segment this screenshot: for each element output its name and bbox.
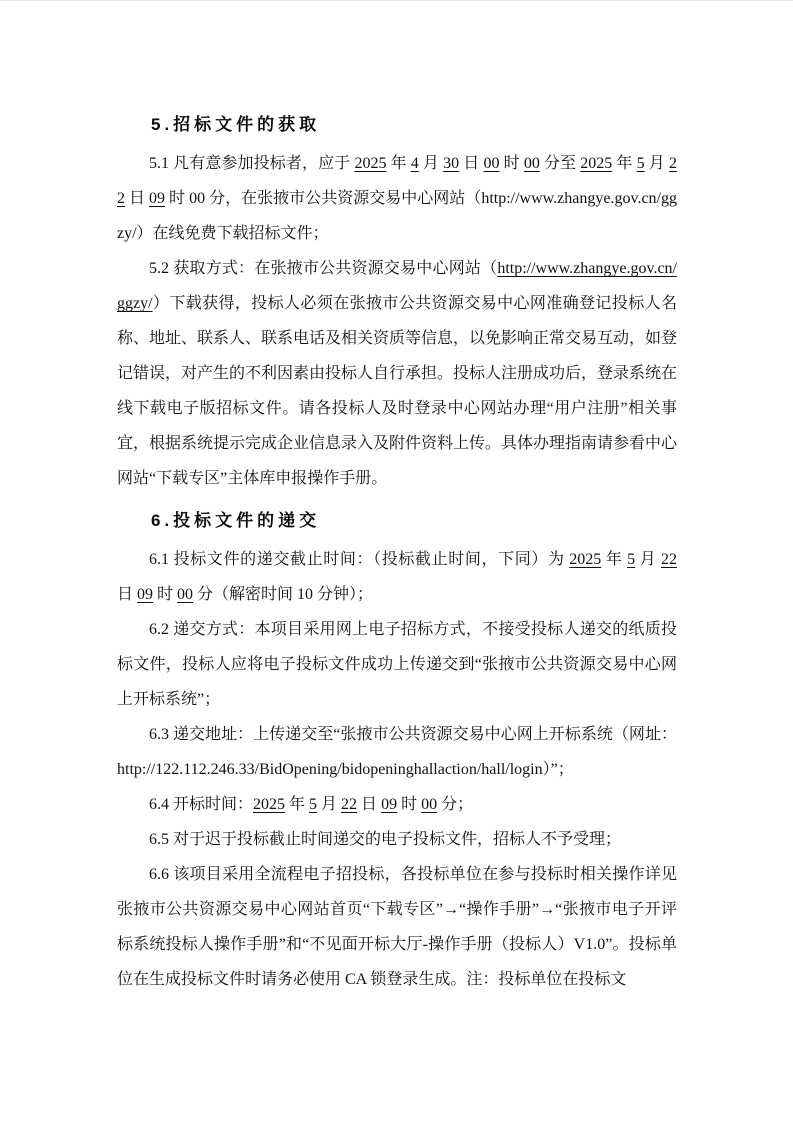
para-5-1: 5.1 凡有意参加投标者，应于 2025 年 4 月 30 日 00 时 00 … bbox=[117, 146, 677, 251]
section-5-heading: 5.招标文件的获取 bbox=[117, 107, 677, 142]
text-run: 09 bbox=[149, 190, 165, 207]
para-6-6: 6.6 该项目采用全流程电子招投标，各投标单位在参与投标时相关操作详见张掖市公共… bbox=[117, 857, 677, 997]
text-run: 22 bbox=[661, 551, 677, 568]
heading-text: 6.投标文件的递交 bbox=[151, 511, 320, 530]
text-run: 分； bbox=[437, 796, 473, 813]
text-run: 6.3 递交地址：上传递交至“张掖市公共资源交易中心网上开标系统（网址： bbox=[149, 726, 677, 743]
text-run: 月 bbox=[635, 551, 661, 568]
text-run: 00 bbox=[524, 155, 540, 172]
text-run: ）”； bbox=[543, 761, 574, 778]
bid-opening-url-text: http://122.112.246.33/BidOpening/bidopen… bbox=[117, 761, 543, 778]
para-6-2: 6.2 递交方式：本项目采用网上电子招标方式，不接受投标人递交的纸质投标文件，投… bbox=[117, 612, 677, 717]
text-run: 日 bbox=[117, 586, 137, 603]
text-run: 6.1 投标文件的递交截止时间：（投标截止时间，下同）为 bbox=[149, 551, 569, 568]
text-run: 00 bbox=[177, 586, 193, 603]
text-run: 时 00 分，在张掖市公共资源交易中心网站（http://www.zhangye… bbox=[117, 190, 677, 242]
text-run: 5.2 获取方式：在张掖市公共资源交易中心网站（ bbox=[149, 260, 497, 277]
text-run: 月 bbox=[317, 796, 341, 813]
text-run: 分至 bbox=[540, 155, 580, 172]
text-run: 6.4 开标时间： bbox=[149, 796, 253, 813]
text-run: 00 bbox=[421, 796, 437, 813]
text-run: 30 bbox=[443, 155, 459, 172]
text-run: 5 bbox=[637, 155, 645, 172]
text-run: 年 bbox=[601, 551, 627, 568]
para-6-3: 6.3 递交地址：上传递交至“张掖市公共资源交易中心网上开标系统（网址：http… bbox=[117, 717, 677, 787]
text-run: 5 bbox=[627, 551, 635, 568]
text-run: 6.6 该项目采用全流程电子招投标，各投标单位在参与投标时相关操作详见张掖市公共… bbox=[117, 866, 677, 988]
text-run: ）下载获得，投标人必须在张掖市公共资源交易中心网准确登记投标人名称、地址、联系人… bbox=[117, 295, 677, 487]
text-run: 00 bbox=[483, 155, 499, 172]
text-run: 5.1 凡有意参加投标者，应于 bbox=[149, 155, 354, 172]
text-run: 5 bbox=[309, 796, 317, 813]
document-body: 5.招标文件的获取5.1 凡有意参加投标者，应于 2025 年 4 月 30 日… bbox=[117, 107, 677, 997]
text-run: 4 bbox=[411, 155, 419, 172]
text-run: 09 bbox=[137, 586, 153, 603]
para-5-2: 5.2 获取方式：在张掖市公共资源交易中心网站（http://www.zhang… bbox=[117, 251, 677, 496]
text-run: 年 bbox=[285, 796, 309, 813]
text-run: 日 bbox=[459, 155, 483, 172]
para-6-1: 6.1 投标文件的递交截止时间：（投标截止时间，下同）为 2025 年 5 月 … bbox=[117, 542, 677, 612]
text-run: 月 bbox=[419, 155, 443, 172]
text-run: 6.5 对于迟于投标截止时间递交的电子投标文件，招标人不予受理； bbox=[149, 831, 621, 848]
section-6-heading: 6.投标文件的递交 bbox=[117, 503, 677, 538]
text-run: 日 bbox=[125, 190, 149, 207]
text-run: 日 bbox=[357, 796, 381, 813]
text-run: 时 bbox=[397, 796, 421, 813]
text-run: 6.2 递交方式：本项目采用网上电子招标方式，不接受投标人递交的纸质投标文件，投… bbox=[117, 621, 677, 708]
text-run: 年 bbox=[612, 155, 636, 172]
text-run: 时 bbox=[499, 155, 523, 172]
document-page: 5.招标文件的获取5.1 凡有意参加投标者，应于 2025 年 4 月 30 日… bbox=[0, 0, 793, 1122]
text-run: 22 bbox=[341, 796, 357, 813]
text-run: 分（解密时间 10 分钟）； bbox=[193, 586, 373, 603]
para-6-5: 6.5 对于迟于投标截止时间递交的电子投标文件，招标人不予受理； bbox=[117, 822, 677, 857]
text-run: 2025 bbox=[253, 796, 285, 813]
text-run: 2025 bbox=[569, 551, 601, 568]
text-run: 时 bbox=[153, 586, 177, 603]
text-run: 月 bbox=[645, 155, 669, 172]
para-6-4: 6.4 开标时间：2025 年 5 月 22 日 09 时 00 分； bbox=[117, 787, 677, 822]
text-run: 09 bbox=[381, 796, 397, 813]
text-run: 2025 bbox=[354, 155, 386, 172]
text-run: 2025 bbox=[580, 155, 612, 172]
heading-text: 5.招标文件的获取 bbox=[151, 115, 320, 134]
text-run: 年 bbox=[386, 155, 410, 172]
